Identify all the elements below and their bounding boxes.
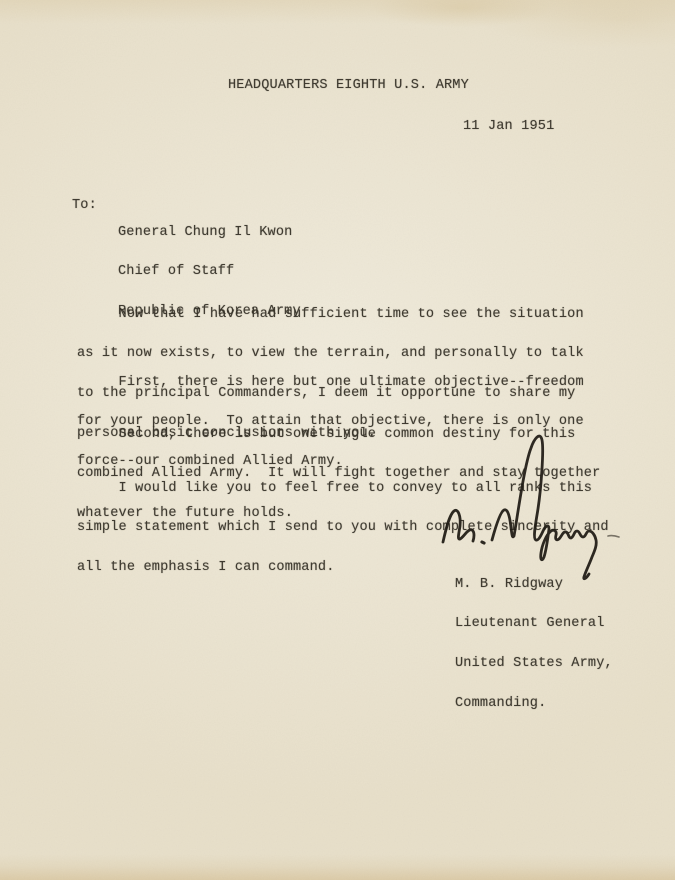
signer-service: United States Army, [455,657,613,670]
text-line: Now that I have had sufficient time to s… [77,308,584,321]
text-line: Second, there is but one single common d… [77,428,600,441]
recipient-title: Chief of Staff [118,265,301,278]
recipient-label: To: [72,199,97,212]
signer-role: Commanding. [455,697,613,710]
text-line: I would like you to feel free to convey … [77,482,609,495]
text-line: First, there is here but one ultimate ob… [77,376,584,389]
text-line: simple statement which I send to you wit… [77,521,609,534]
signature-block: M. B. Ridgway Lieutenant General United … [455,551,613,737]
letter-page: HEADQUARTERS EIGHTH U.S. ARMY 11 Jan 195… [0,0,675,880]
letterhead-title: HEADQUARTERS EIGHTH U.S. ARMY [228,79,469,92]
signer-name: M. B. Ridgway [455,578,613,591]
recipient-name: General Chung Il Kwon [118,226,301,239]
signer-rank: Lieutenant General [455,617,613,630]
date-line: 11 Jan 1951 [463,120,554,133]
